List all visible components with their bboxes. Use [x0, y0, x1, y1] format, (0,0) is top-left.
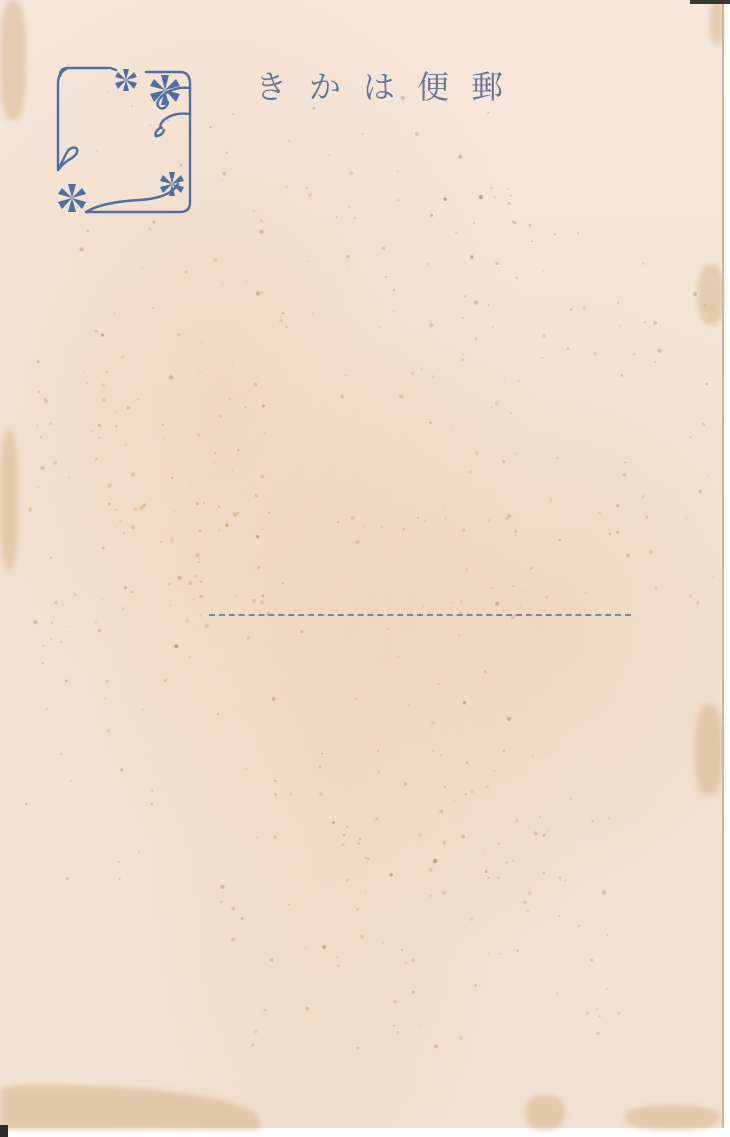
scanner-bed-edge [0, 1125, 8, 1137]
age-stain [0, 430, 18, 570]
age-stain [698, 265, 724, 325]
scanner-bed-edge [690, 0, 730, 4]
dashed-divider-line [209, 614, 631, 616]
age-stain [695, 705, 723, 795]
stamp-box-floral-frame-icon [50, 62, 200, 220]
postcard-heading: きかは便郵 [255, 62, 525, 108]
scanned-image: きかは便郵 [0, 0, 730, 1137]
age-stain [0, 1085, 260, 1130]
age-stain [0, 0, 26, 120]
age-stain [525, 1095, 565, 1130]
age-stain [625, 1105, 720, 1130]
postcard: きかは便郵 [0, 0, 724, 1128]
age-stain [710, 0, 724, 45]
